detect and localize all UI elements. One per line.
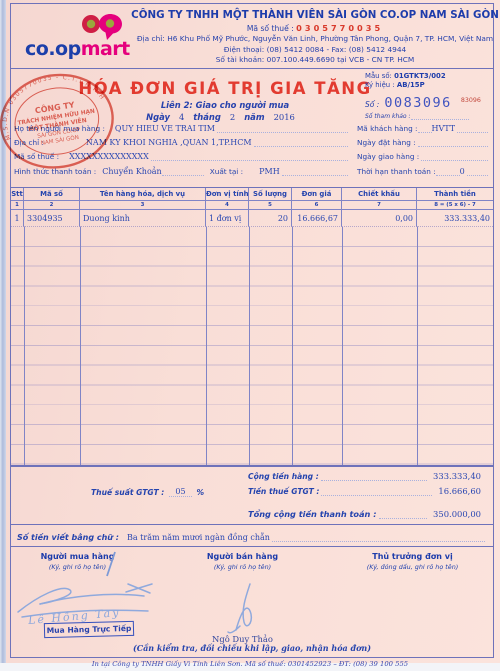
company-account: Số tài khoản: 007.100.449.6690 tại VCB -… [129, 55, 500, 64]
customer-code-value: HVTT [432, 124, 456, 133]
item-qty: 20 [249, 210, 292, 227]
dotted-line [467, 168, 488, 176]
totals-box: Cộng tiền hàng : 333.333,40 Thuế suất GT… [10, 466, 494, 525]
logo-mart-text: mart [81, 38, 130, 60]
payment-method-label: Hình thức thanh toán : [14, 167, 96, 176]
invoice-number-line: Số : 0083096 83096 [365, 92, 491, 111]
column-line [24, 227, 25, 465]
grand-total-value: 350.000,00 [429, 509, 481, 519]
dotted-line [162, 168, 204, 176]
amount-in-words-label: Số tiền viết bằng chữ : [17, 533, 119, 542]
dotted-line [321, 488, 432, 496]
serial-sign-label: Ký hiệu : [365, 81, 395, 89]
dotted-line [321, 473, 427, 481]
reference-dotted-line [411, 112, 469, 120]
col-num-1: 1 [11, 201, 24, 210]
delivery-date-row: Ngày giao hàng : [357, 152, 490, 161]
vat-amount-row: Tiền thuế GTGT : 16.666,60 [248, 486, 481, 496]
col-num-7: 7 [342, 201, 417, 210]
pen-stroke [104, 550, 118, 578]
items-table-column-numbers: 1 2 3 4 5 6 7 8 = (5 x 6) - 7 [11, 201, 493, 210]
items-table-header: Stt Mã số Tên hàng hóa, dịch vụ Đơn vị t… [11, 188, 493, 201]
dotted-line [421, 153, 488, 161]
item-name: Duong kinh [80, 210, 206, 227]
buyer-tax-value: XXXXXXXXXXXXXX [69, 152, 149, 161]
amount-in-words-row: Số tiền viết bằng chữ : Ba trăm năm mươi… [10, 525, 494, 547]
dotted-line [379, 511, 428, 519]
seller-header-box: co.opmart CÔNG TY TNHH MỘT THÀNH VIÊN SÀ… [10, 3, 494, 69]
column-line [249, 227, 250, 465]
col-num-3: 3 [80, 201, 206, 210]
serial-sign-line: Ký hiệu : AB/15P [365, 81, 491, 90]
director-signature-subtitle: (Ký, đóng dấu, ghi rõ họ tên) [340, 563, 485, 571]
col-header-amount: Thành tiền [417, 188, 493, 201]
scanned-vat-invoice: co.opmart CÔNG TY TNHH MỘT THÀNH VIÊN SÀ… [0, 0, 500, 671]
col-header-unit: Đơn vị tính [206, 188, 249, 201]
item-stt: 1 [11, 210, 24, 227]
vat-rate-label: Thuế suất GTGT : [91, 488, 164, 497]
invoice-copy-label: Liên 2: Giao cho người mua [75, 100, 375, 110]
coopmart-logo-text: co.opmart [25, 38, 130, 60]
column-line [342, 227, 343, 465]
col-header-stt: Stt [11, 188, 24, 201]
items-table-empty-rows [11, 227, 493, 465]
dotted-line [282, 168, 348, 176]
buyer-tax-row: Mã số thuế : XXXXXXXXXXXXXX [14, 152, 350, 161]
col-num-4: 4 [206, 201, 249, 210]
date-word-year: năm [244, 112, 264, 122]
date-word-day: Ngày [146, 112, 170, 122]
reference-number-label: Số tham khảo : [365, 113, 411, 120]
col-num-2: 2 [24, 201, 80, 210]
buyer-tax-label: Mã số thuế : [14, 152, 59, 161]
printer-credit-line: In tại Công ty TNHH Giấy Vi Tính Liên Sơ… [0, 660, 500, 668]
grand-total-row: Tổng cộng tiền thanh toán : 350.000,00 [248, 509, 481, 519]
payment-term-label: Thời hạn thanh toán : [357, 167, 436, 176]
order-date-row: Ngày đặt hàng : [357, 138, 490, 147]
buyer-name-row: Họ tên người mua hàng : QUY HIEU VE TRAI… [14, 124, 350, 133]
company-phone: Điện thoại: (08) 5412 0084 - Fax: (08) 5… [129, 45, 500, 54]
vat-amount-label: Tiền thuế GTGT : [248, 487, 319, 496]
col-header-qty: Số lượng [249, 188, 292, 201]
col-header-name: Tên hàng hóa, dịch vụ [80, 188, 206, 201]
vat-rate-value: 05 [169, 487, 191, 497]
dotted-line [151, 153, 348, 161]
col-num-5: 5 [249, 201, 292, 210]
item-price: 16.666,67 [292, 210, 342, 227]
date-month: 2 [230, 112, 235, 122]
serial-block: Mẫu số: 01GTKT3/002 Ký hiệu : AB/15P Số … [365, 72, 491, 120]
seller-signature-subtitle: (Ký, ghi rõ họ tên) [175, 563, 310, 571]
director-signature-title: Thủ trưởng đơn vị [340, 552, 485, 561]
amount-in-words-value: Ba trăm năm mươi ngàn đồng chẵn [127, 533, 270, 542]
dotted-line [254, 139, 348, 147]
vat-amount-value: 16.666,60 [434, 486, 481, 496]
dotted-line [217, 125, 348, 133]
delivery-date-label: Ngày giao hàng : [357, 152, 419, 161]
company-tax-label: Mã số thuế : [247, 24, 294, 33]
goods-total-value: 333.333,40 [429, 471, 481, 481]
form-number-value: 01GTKT3/002 [394, 72, 446, 80]
col-num-8: 8 = (5 x 6) - 7 [417, 201, 493, 210]
buyer-address-row: Địa chỉ : NAM KY KHOI NGHIA ,QUAN 1,TP.H… [14, 138, 350, 147]
date-day: 4 [179, 112, 184, 122]
invoice-date: Ngày4tháng2năm2016 [75, 112, 375, 122]
form-number-label: Mẫu số: [365, 72, 392, 80]
issued-at-value: PMH [259, 167, 280, 176]
company-info: CÔNG TY TNHH MỘT THÀNH VIÊN SÀI GÒN CO.O… [129, 9, 500, 64]
goods-total-row: Cộng tiền hàng : 333.333,40 [248, 471, 481, 481]
logo-coop-text: co.op [25, 38, 81, 60]
column-line [292, 227, 293, 465]
coopmart-logo: co.opmart [25, 12, 133, 64]
buyer-address-label: Địa chỉ : [14, 138, 44, 147]
buyer-signature-title: Người mua hàng [15, 552, 140, 561]
payment-term-value: 0 [460, 167, 465, 176]
dotted-line [436, 168, 460, 176]
invoice-title: HÓA ĐƠN GIÁ TRỊ GIA TĂNG [75, 79, 375, 98]
buyer-name-label: Họ tên người mua hàng : [14, 124, 105, 133]
form-number-line: Mẫu số: 01GTKT3/002 [365, 72, 491, 81]
dotted-line [418, 139, 488, 147]
col-header-code: Mã số [24, 188, 80, 201]
invoice-number-value: 0083096 [384, 95, 451, 111]
goods-total-label: Cộng tiền hàng : [248, 472, 319, 481]
reference-number-line: Số tham khảo : [365, 112, 491, 120]
column-line [417, 227, 418, 465]
buyer-name-value: QUY HIEU VE TRAI TIM [115, 124, 215, 133]
customer-code-label: Mã khách hàng : [357, 124, 418, 133]
seller-signature-title: Người bán hàng [175, 552, 310, 561]
vat-rate-row: Thuế suất GTGT : 05 % [91, 487, 204, 497]
company-tax-line: Mã số thuế : 0305770035 [129, 23, 500, 33]
seller-handwritten-signature [226, 582, 271, 634]
dotted-line [457, 125, 488, 133]
item-code: 3304935 [24, 210, 80, 227]
payment-method-value: Chuyển Khoản [102, 167, 161, 176]
direct-purchase-stamp: Mua Hàng Trực Tiếp [44, 621, 134, 638]
col-header-price: Đơn giá [292, 188, 342, 201]
payment-term-row: Thời hạn thanh toán : 0 [357, 167, 490, 176]
invoice-number-aux: 83096 [461, 97, 481, 104]
column-line [206, 227, 207, 465]
percent-sign: % [197, 488, 205, 497]
serial-sign-value: AB/15P [397, 81, 425, 89]
invoice-number-label: Số : [365, 100, 379, 109]
order-date-label: Ngày đặt hàng : [357, 138, 416, 147]
items-table: Stt Mã số Tên hàng hóa, dịch vụ Đơn vị t… [10, 187, 494, 466]
grand-total-label: Tổng cộng tiền thanh toán : [248, 509, 377, 519]
verification-note: (Cần kiểm tra, đối chiếu khi lập, giao, … [10, 643, 494, 653]
company-name: CÔNG TY TNHH MỘT THÀNH VIÊN SÀI GÒN CO.O… [129, 9, 500, 22]
dotted-line [418, 125, 432, 133]
item-discount: 0,00 [342, 210, 417, 227]
scan-edge-left [0, 0, 6, 663]
date-year: 2016 [274, 112, 295, 122]
issued-at-label: Xuất tại : [210, 167, 243, 176]
dotted-line [272, 534, 485, 542]
col-num-6: 6 [292, 201, 342, 210]
item-amount: 333.333,40 [417, 210, 493, 227]
company-tax-code: 0305770035 [296, 23, 383, 33]
company-address: Địa chỉ: H6 Khu Phố Mỹ Phước, Nguyễn Văn… [129, 34, 500, 43]
date-word-month: tháng [193, 112, 221, 122]
col-header-discount: Chiết khấu [342, 188, 417, 201]
customer-code-row: Mã khách hàng : HVTT [357, 124, 490, 133]
buyer-address-value: NAM KY KHOI NGHIA ,QUAN 1,TP.HCM [86, 138, 252, 147]
buyer-signature-subtitle: (Ký, ghi rõ họ tên) [15, 563, 140, 571]
column-line [80, 227, 81, 465]
table-row: 1 3304935 Duong kinh 1 đơn vị 20 16.666,… [11, 210, 493, 227]
payment-method-row: Hình thức thanh toán : Chuyển Khoản Xuất… [14, 167, 350, 176]
item-unit: 1 đơn vị [206, 210, 249, 227]
